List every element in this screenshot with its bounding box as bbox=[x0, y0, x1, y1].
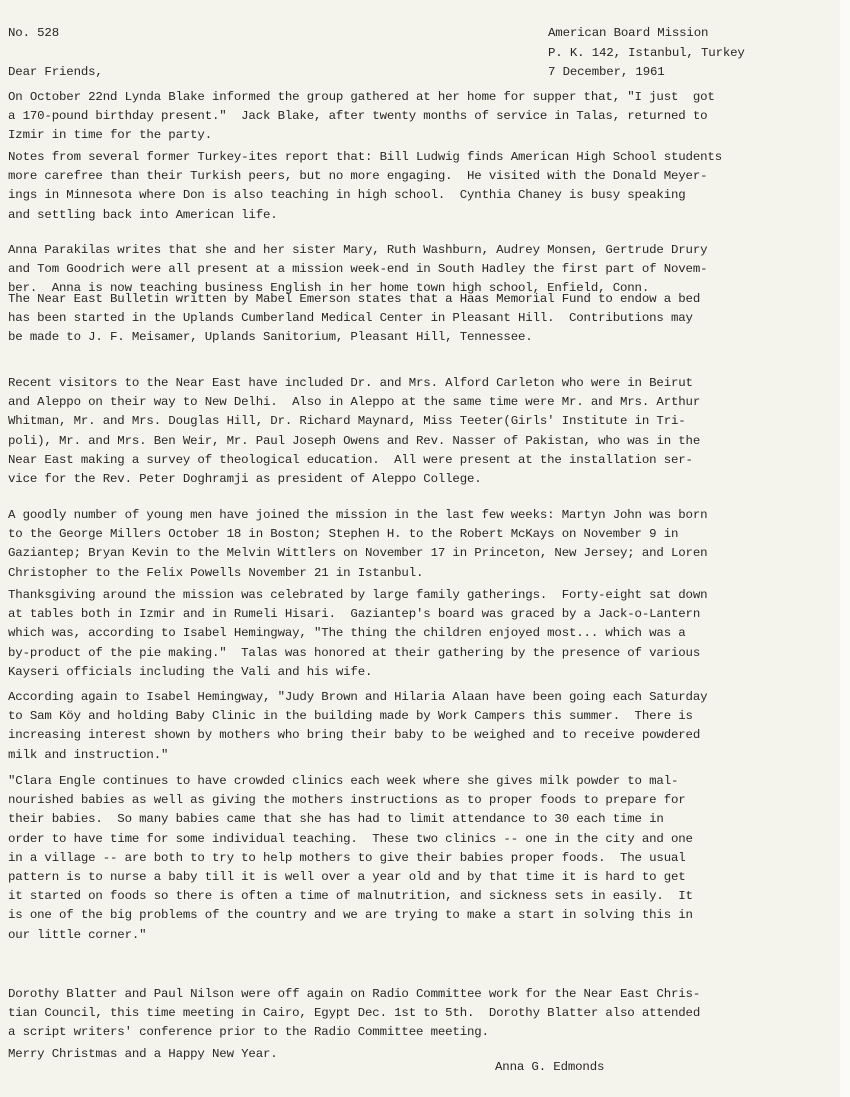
paragraph-line: and Aleppo on their way to New Delhi. Al… bbox=[8, 393, 700, 411]
paragraph-line: by-product of the pie making." Talas was… bbox=[8, 644, 700, 662]
paragraph-line: milk and instruction." bbox=[8, 746, 168, 764]
paragraph-line: their babies. So many babies came that s… bbox=[8, 810, 664, 828]
paragraph-line: a script writers' conference prior to th… bbox=[8, 1023, 489, 1041]
paragraph-line: our little corner." bbox=[8, 926, 146, 944]
paragraph-line: Christopher to the Felix Powells Novembe… bbox=[8, 564, 423, 582]
paragraph-line: to Sam Köy and holding Baby Clinic in th… bbox=[8, 707, 693, 725]
paragraph-line: Anna Parakilas writes that she and her s… bbox=[8, 241, 707, 259]
paragraph-line: Near East making a survey of theological… bbox=[8, 451, 693, 469]
paragraph-line: more carefree than their Turkish peers, … bbox=[8, 167, 707, 185]
paragraph-line: pattern is to nurse a baby till it is we… bbox=[8, 868, 686, 886]
paragraph-line: Recent visitors to the Near East have in… bbox=[8, 374, 693, 392]
paragraph-line: poli), Mr. and Mrs. Ben Weir, Mr. Paul J… bbox=[8, 432, 700, 450]
paragraph-line: be made to J. F. Meisamer, Uplands Sanit… bbox=[8, 328, 533, 346]
paragraph-line: in a village -- are both to try to help … bbox=[8, 849, 686, 867]
paragraph-line: Dorothy Blatter and Paul Nilson were off… bbox=[8, 985, 700, 1003]
paragraph-line: is one of the big problems of the countr… bbox=[8, 906, 693, 924]
paragraph-line: and settling back into American life. bbox=[8, 206, 278, 224]
paragraph-line: Whitman, Mr. and Mrs. Douglas Hill, Dr. … bbox=[8, 412, 686, 430]
paragraph-line: According again to Isabel Hemingway, "Ju… bbox=[8, 688, 707, 706]
letter-number: No. 528 bbox=[8, 24, 59, 42]
paragraph-line: On October 22nd Lynda Blake informed the… bbox=[8, 88, 715, 106]
paragraph-line: vice for the Rev. Peter Doghramji as pre… bbox=[8, 470, 482, 488]
sender-org: American Board Mission bbox=[548, 24, 708, 42]
paragraph-line: Kayseri officials including the Vali and… bbox=[8, 663, 372, 681]
paragraph-line: which was, according to Isabel Hemingway… bbox=[8, 624, 686, 642]
paragraph-line: and Tom Goodrich were all present at a m… bbox=[8, 260, 707, 278]
signature: Anna G. Edmonds bbox=[495, 1058, 604, 1076]
paragraph-line: Notes from several former Turkey-ites re… bbox=[8, 148, 722, 166]
paragraph-line: order to have time for some individual t… bbox=[8, 830, 693, 848]
page-edge bbox=[840, 0, 850, 1097]
paragraph-line: increasing interest shown by mothers who… bbox=[8, 726, 700, 744]
paragraph-line: at tables both in Izmir and in Rumeli Hi… bbox=[8, 605, 700, 623]
paragraph-line: to the George Millers October 18 in Bost… bbox=[8, 525, 678, 543]
paragraph-line: A goodly number of young men have joined… bbox=[8, 506, 707, 524]
paragraph-line: has been started in the Uplands Cumberla… bbox=[8, 309, 693, 327]
sender-address: P. K. 142, Istanbul, Turkey bbox=[548, 44, 745, 62]
paragraph-line: Gaziantep; Bryan Kevin to the Melvin Wit… bbox=[8, 544, 707, 562]
paragraph-line: Izmir in time for the party. bbox=[8, 126, 212, 144]
salutation: Dear Friends, bbox=[8, 63, 103, 81]
letter-page: No. 528 American Board Mission P. K. 142… bbox=[0, 0, 850, 1097]
paragraph-line: The Near East Bulletin written by Mabel … bbox=[8, 290, 700, 308]
paragraph-line: it started on foods so there is often a … bbox=[8, 887, 693, 905]
paragraph-line: ings in Minnesota where Don is also teac… bbox=[8, 186, 686, 204]
paragraph-line: Thanksgiving around the mission was cele… bbox=[8, 586, 707, 604]
closing: Merry Christmas and a Happy New Year. bbox=[8, 1045, 278, 1063]
paragraph-line: nourished babies as well as giving the m… bbox=[8, 791, 686, 809]
paragraph-line: tian Council, this time meeting in Cairo… bbox=[8, 1004, 700, 1022]
letter-date: 7 December, 1961 bbox=[548, 63, 665, 81]
paragraph-line: a 170-pound birthday present." Jack Blak… bbox=[8, 107, 707, 125]
paragraph-line: "Clara Engle continues to have crowded c… bbox=[8, 772, 678, 790]
